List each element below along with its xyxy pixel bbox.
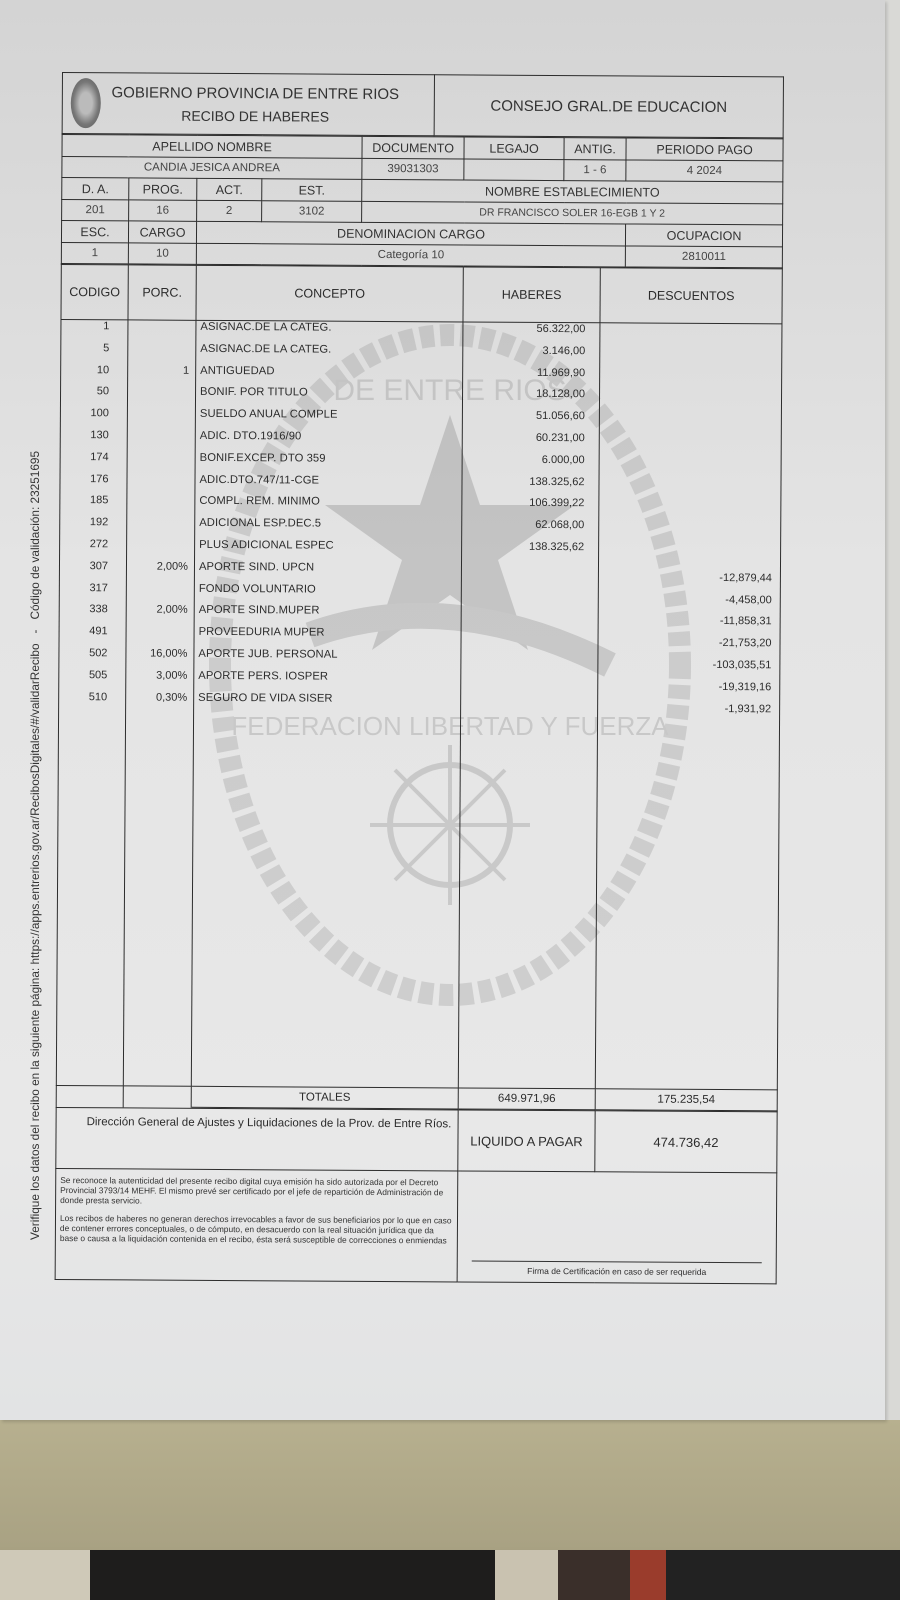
employee-name: CANDIA JESICA ANDREA <box>62 157 362 180</box>
item-concepto: APORTE SIND.MUPER <box>195 604 461 627</box>
item-haberes <box>461 649 597 672</box>
pay-receipt: GOBIERNO PROVINCIA DE ENTRE RIOS RECIBO … <box>55 72 784 1284</box>
descuentos-header: DESCUENTOS <box>600 268 782 324</box>
item-porc: 2,00% <box>127 560 194 582</box>
est-value: 3102 <box>262 201 362 223</box>
item-porc <box>127 473 194 495</box>
item-concepto: APORTE JUB. PERSONAL <box>194 648 460 671</box>
haberes-column: 56.322,003.146,0011.969,9018.128,0051.05… <box>458 322 600 1089</box>
item-concepto: COMPL. REM. MINIMO <box>195 495 461 518</box>
item-codigo: 510 <box>59 691 125 713</box>
item-codigo: 185 <box>60 494 126 516</box>
cargo-label: CARGO <box>128 221 196 243</box>
item-codigo: 1 <box>61 320 127 342</box>
establishment-name: DR FRANCISCO SOLER 16-EGB 1 Y 2 <box>362 201 783 225</box>
item-concepto: SEGURO DE VIDA SISER <box>194 691 460 714</box>
receipt-footer: Dirección General de Ajustes y Liquidaci… <box>55 1107 778 1284</box>
item-haberes: 11.969,90 <box>463 366 599 389</box>
item-concepto: ADIC. DTO.1916/90 <box>196 430 462 453</box>
cargo-value: 10 <box>128 243 196 264</box>
item-descuentos <box>600 345 781 368</box>
porc-header: PORC. <box>128 265 196 320</box>
item-concepto: ADICIONAL ESP.DEC.5 <box>195 517 461 540</box>
item-concepto: BONIF.EXCEP. DTO 359 <box>196 452 462 475</box>
issuer-text: Dirección General de Ajustes y Liquidaci… <box>56 1107 458 1170</box>
verify-url-text: Verifique los datos del recibo en la sig… <box>28 643 42 1240</box>
item-codigo: 502 <box>59 647 125 669</box>
desk-edge <box>0 1550 900 1600</box>
net-pay-value: 474.736,42 <box>595 1111 777 1173</box>
item-haberes <box>461 693 597 716</box>
item-descuentos: -103,035,51 <box>598 658 779 681</box>
item-porc: 0,30% <box>126 691 193 713</box>
totals-label: TOTALES <box>191 1086 458 1109</box>
item-descuentos <box>600 432 781 455</box>
item-porc <box>128 320 195 342</box>
item-porc: 1 <box>128 364 195 386</box>
item-concepto: SUELDO ANUAL COMPLE <box>196 408 462 431</box>
period-label: PERIODO PAGO <box>626 138 783 161</box>
item-haberes <box>462 584 598 607</box>
prog-label: PROG. <box>129 178 197 200</box>
item-descuentos: -1,931,92 <box>598 702 779 725</box>
item-descuentos: -4,458,00 <box>599 593 780 616</box>
item-concepto: ASIGNAC.DE LA CATEG. <box>196 321 462 344</box>
item-concepto: APORTE SIND. UPCN <box>195 561 461 584</box>
council-title: CONSEJO GRAL.DE EDUCACION <box>434 75 783 138</box>
item-porc <box>128 408 195 430</box>
item-descuentos: -11,858,31 <box>599 615 780 638</box>
signature-line <box>472 1261 762 1264</box>
da-value: 201 <box>62 200 129 221</box>
item-codigo: 491 <box>59 625 125 647</box>
item-porc <box>127 582 194 604</box>
document-title: RECIBO DE HABERES <box>105 107 405 125</box>
item-concepto: BONIF. POR TITULO <box>196 386 462 409</box>
item-concepto: ANTIGUEDAD <box>196 364 462 387</box>
validation-code: Código de validación: 23251695 <box>28 451 42 620</box>
item-haberes: 6.000,00 <box>463 453 599 476</box>
item-codigo: 176 <box>60 473 126 495</box>
item-haberes: 56.322,00 <box>463 322 599 345</box>
rights-notice: Los recibos de haberes no generan derech… <box>60 1213 453 1245</box>
concepto-header: CONCEPTO <box>196 265 463 322</box>
totals-haberes: 649.971,96 <box>458 1088 595 1110</box>
item-descuentos <box>599 476 780 499</box>
item-codigo: 307 <box>60 560 126 582</box>
item-porc <box>127 495 194 517</box>
act-value: 2 <box>197 200 262 221</box>
item-descuentos <box>600 367 781 390</box>
item-concepto: FONDO VOLUNTARIO <box>195 582 461 605</box>
item-haberes: 51.056,60 <box>463 410 599 433</box>
item-concepto: ASIGNAC.DE LA CATEG. <box>196 343 462 366</box>
item-codigo: 50 <box>61 385 127 407</box>
esc-label: ESC. <box>61 221 128 243</box>
employee-table: APELLIDO NOMBRE DOCUMENTO LEGAJO ANTIG. … <box>61 134 784 268</box>
establishment-name-label: NOMBRE ESTABLECIMIENTO <box>362 179 783 204</box>
item-porc: 16,00% <box>126 647 193 669</box>
receipt-header: GOBIERNO PROVINCIA DE ENTRE RIOS RECIBO … <box>62 72 784 138</box>
item-porc <box>128 342 195 364</box>
item-porc <box>128 429 195 451</box>
legajo-value <box>464 159 564 181</box>
item-haberes: 106.399,22 <box>462 497 598 520</box>
item-haberes: 138.325,62 <box>462 540 598 563</box>
totals-spacer <box>123 1086 191 1107</box>
act-label: ACT. <box>197 178 262 200</box>
authenticity-notice: Se reconoce la autenticidad del presente… <box>60 1175 453 1207</box>
signature-caption: Firma de Certificación en caso de ser re… <box>458 1265 776 1283</box>
item-codigo: 192 <box>60 516 126 538</box>
item-codigo: 174 <box>61 451 127 473</box>
porc-column: 12,00%2,00%16,00%3,00%0,30% <box>123 320 196 1086</box>
codigo-header: CODIGO <box>61 264 128 319</box>
name-label: APELLIDO NOMBRE <box>62 135 362 159</box>
period-value: 4 2024 <box>626 160 783 182</box>
item-codigo: 5 <box>61 342 127 364</box>
side-separator: - <box>28 630 42 634</box>
verification-side-text: Verifique los datos del recibo en la sig… <box>28 380 42 1240</box>
item-descuentos <box>600 389 781 412</box>
antig-value: 1 - 6 <box>564 160 626 181</box>
item-codigo: 272 <box>60 538 126 560</box>
item-haberes <box>462 562 598 585</box>
item-concepto: APORTE PERS. IOSPER <box>194 670 460 693</box>
province-crest-icon <box>71 78 101 128</box>
legal-notices: Se reconoce la autenticidad del presente… <box>55 1168 458 1281</box>
haberes-header: HABERES <box>463 267 600 323</box>
item-concepto: PROVEEDURIA MUPER <box>194 626 460 649</box>
codigo-column: 1510501001301741761851922723073173384915… <box>56 319 128 1085</box>
esc-value: 1 <box>61 242 128 263</box>
item-haberes: 60.231,00 <box>463 431 599 454</box>
item-descuentos: -19,319,16 <box>598 680 779 703</box>
legajo-label: LEGAJO <box>464 137 564 160</box>
item-porc <box>127 517 194 539</box>
prog-value: 16 <box>129 200 197 221</box>
item-descuentos <box>600 410 781 433</box>
item-haberes <box>461 628 597 651</box>
antig-label: ANTIG. <box>564 138 626 160</box>
item-concepto: ADIC.DTO.747/11-CGE <box>195 473 461 496</box>
item-haberes: 3.146,00 <box>463 344 599 367</box>
government-title: GOBIERNO PROVINCIA DE ENTRE RIOS <box>105 84 405 103</box>
totals-spacer <box>56 1085 123 1106</box>
item-haberes: 18.128,00 <box>463 388 599 411</box>
signature-area: Firma de Certificación en caso de ser re… <box>457 1171 777 1284</box>
item-descuentos: -12,879,44 <box>599 571 780 594</box>
est-label: EST. <box>262 179 362 202</box>
item-porc <box>128 386 195 408</box>
net-pay-label: LIQUIDO A PAGAR <box>458 1110 595 1172</box>
document-label: DOCUMENTO <box>362 136 464 159</box>
document-number: 39031303 <box>362 158 464 180</box>
da-label: D. A. <box>62 178 129 200</box>
item-concepto: PLUS ADICIONAL ESPEC <box>195 539 461 562</box>
item-descuentos <box>599 498 780 521</box>
item-codigo: 130 <box>61 429 127 451</box>
item-porc <box>126 626 193 648</box>
ocupacion-value: 2810011 <box>625 246 782 268</box>
items-table: CODIGO PORC. CONCEPTO HABERES DESCUENTOS… <box>56 264 783 1111</box>
item-codigo: 338 <box>60 603 126 625</box>
item-descuentos: -21,753,20 <box>598 636 779 659</box>
item-descuentos <box>599 519 780 542</box>
item-haberes: 62.068,00 <box>462 519 598 542</box>
item-porc <box>127 538 194 560</box>
denominacion-value: Categoría 10 <box>196 243 625 267</box>
item-codigo: 100 <box>61 407 127 429</box>
totals-descuentos: 175.235,54 <box>595 1089 777 1111</box>
paper-sheet: Verifique los datos del recibo en la sig… <box>0 0 885 1420</box>
item-descuentos <box>599 541 780 564</box>
descuentos-column: -12,879,44-4,458,00-11,858,31-21,753,20-… <box>595 323 782 1090</box>
item-haberes: 138.325,62 <box>462 475 598 498</box>
item-codigo: 505 <box>59 669 125 691</box>
item-descuentos <box>600 323 781 346</box>
item-descuentos <box>600 454 781 477</box>
item-haberes <box>461 671 597 694</box>
item-porc: 3,00% <box>126 669 193 691</box>
denominacion-label: DENOMINACION CARGO <box>196 221 625 246</box>
item-codigo: 317 <box>60 582 126 604</box>
concepto-column: ASIGNAC.DE LA CATEG.ASIGNAC.DE LA CATEG.… <box>191 320 463 1088</box>
ocupacion-label: OCUPACION <box>625 224 782 247</box>
item-porc <box>128 451 195 473</box>
item-porc: 2,00% <box>127 604 194 626</box>
item-haberes <box>462 606 598 629</box>
item-codigo: 10 <box>61 364 127 386</box>
